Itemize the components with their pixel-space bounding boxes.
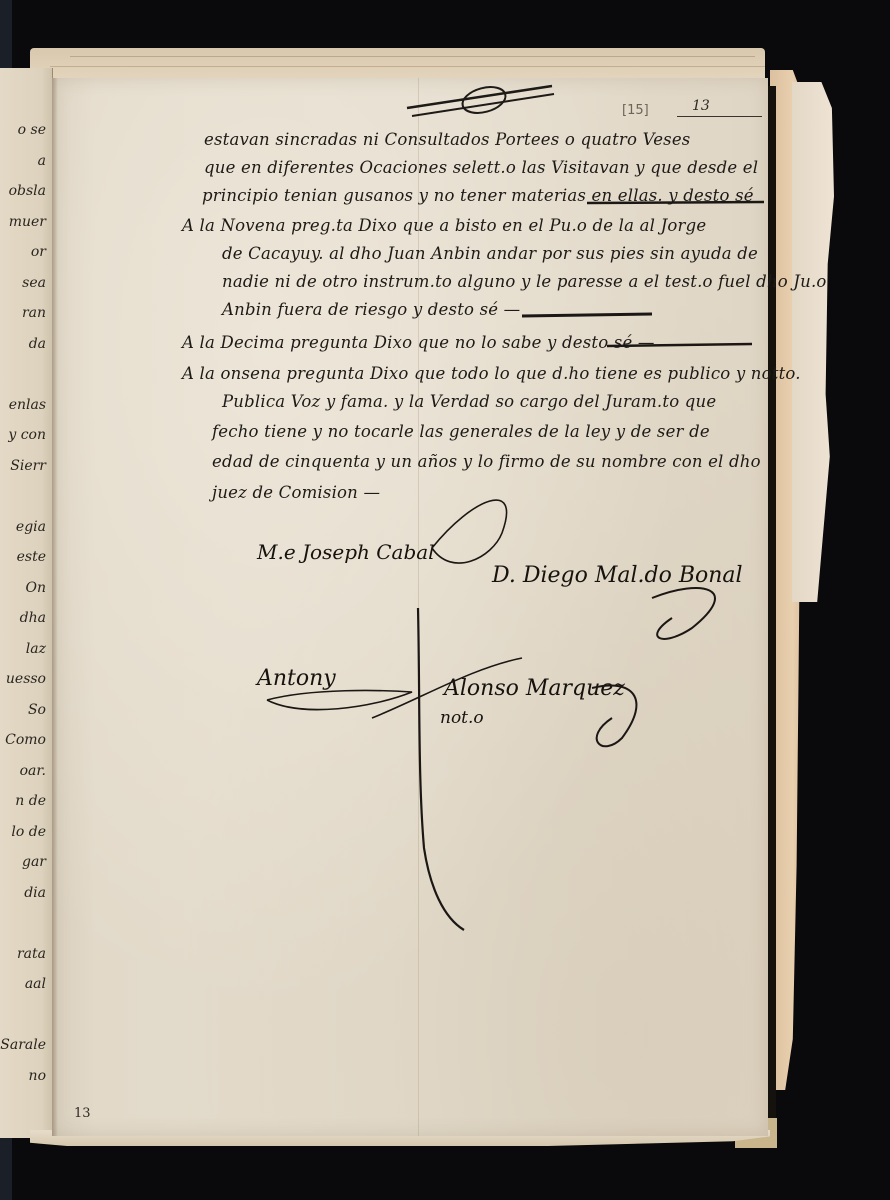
verso-text-fragment: y con [8,427,46,443]
folio-underline [677,116,762,117]
verso-text-fragment: este [17,549,46,565]
archive-stamp-number: [15] [622,103,649,118]
verso-text-fragment: o se [18,122,46,138]
body-line: que en diferentes Ocaciones selett.o las… [204,158,758,177]
body-line: principio tenian gusanos y no tener mate… [202,186,754,205]
verso-text-fragment: or [31,244,46,260]
body-line: juez de Comision — [212,483,380,502]
body-line: estavan sincradas ni Consultados Portees… [204,130,690,149]
recto-page: [15] 13 estavan sincradas ni Consultados… [52,78,768,1136]
verso-text-fragment: muer [9,214,46,230]
body-line: edad de cinquenta y un años y lo firmo d… [212,452,761,471]
verso-text-fragment: gar [22,854,46,870]
body-line: A la Decima pregunta Dixo que no lo sabe… [182,333,655,352]
signature-joseph-cabal: M.e Joseph Cabal [257,540,435,564]
folio-number-bottom: 13 [74,1106,91,1121]
verso-text-fragment: ran [22,305,46,321]
verso-text-fragment: rata [17,946,46,962]
verso-text-fragment: Sierr [10,458,46,474]
body-line: Publica Voz y fama. y la Verdad so cargo… [222,392,716,411]
signature-antony: Antony [257,666,336,691]
verso-text-fragment: So [28,702,46,718]
verso-text-fragment: enlas [9,397,46,413]
verso-text-fragment: On [26,580,47,596]
notary-label: not.o [440,708,484,728]
signature-diego-maldonado: D. Diego Mal.do Bonal [492,563,743,588]
verso-text-fragment: dha [20,610,46,626]
verso-text-fragment: uesso [6,671,46,687]
body-line: A la onsena pregunta Dixo que todo lo qu… [182,364,801,383]
verso-text-fragment: da [29,336,46,352]
header-flourish-icon [402,80,562,120]
verso-page-fragment: o seaobslamuerorsearandaenlasy conSierre… [0,68,53,1138]
folio-number-top: 13 [692,98,710,114]
manuscript-scan: o seaobslamuerorsearandaenlasy conSierre… [0,0,890,1200]
body-line: fecho tiene y no tocarle las generales d… [212,422,710,441]
torn-page-edge-inner [792,82,834,602]
verso-text-fragment: oar. [20,763,46,779]
body-line: nadie ni de otro instrum.to alguno y le … [222,272,827,291]
ink-flourishes [52,78,768,1136]
verso-text-fragment: Como [5,732,46,748]
verso-text-fragment: a [38,153,46,169]
verso-text-fragment: lo de [11,824,46,840]
body-line: Anbin fuera de riesgo y desto sé — [222,300,520,319]
verso-text-fragment: n de [15,793,46,809]
body-line: de Cacayuy. al dho Juan Anbin andar por … [222,244,758,263]
verso-text-fragment: dia [24,885,46,901]
verso-text-fragment: laz [26,641,46,657]
verso-text-fragment: sea [22,275,46,291]
verso-text-fragment: obsla [9,183,46,199]
verso-text-fragment: Sarale [0,1037,46,1053]
paper-fold-line [418,78,419,1136]
body-line: A la Novena preg.ta Dixo que a bisto en … [182,216,706,235]
signature-alonso-marquez: Alonso Marquez [444,676,625,701]
verso-text-fragment: aal [25,976,46,992]
verso-text-fragment: egia [16,519,46,535]
verso-text-fragment: no [29,1068,46,1084]
